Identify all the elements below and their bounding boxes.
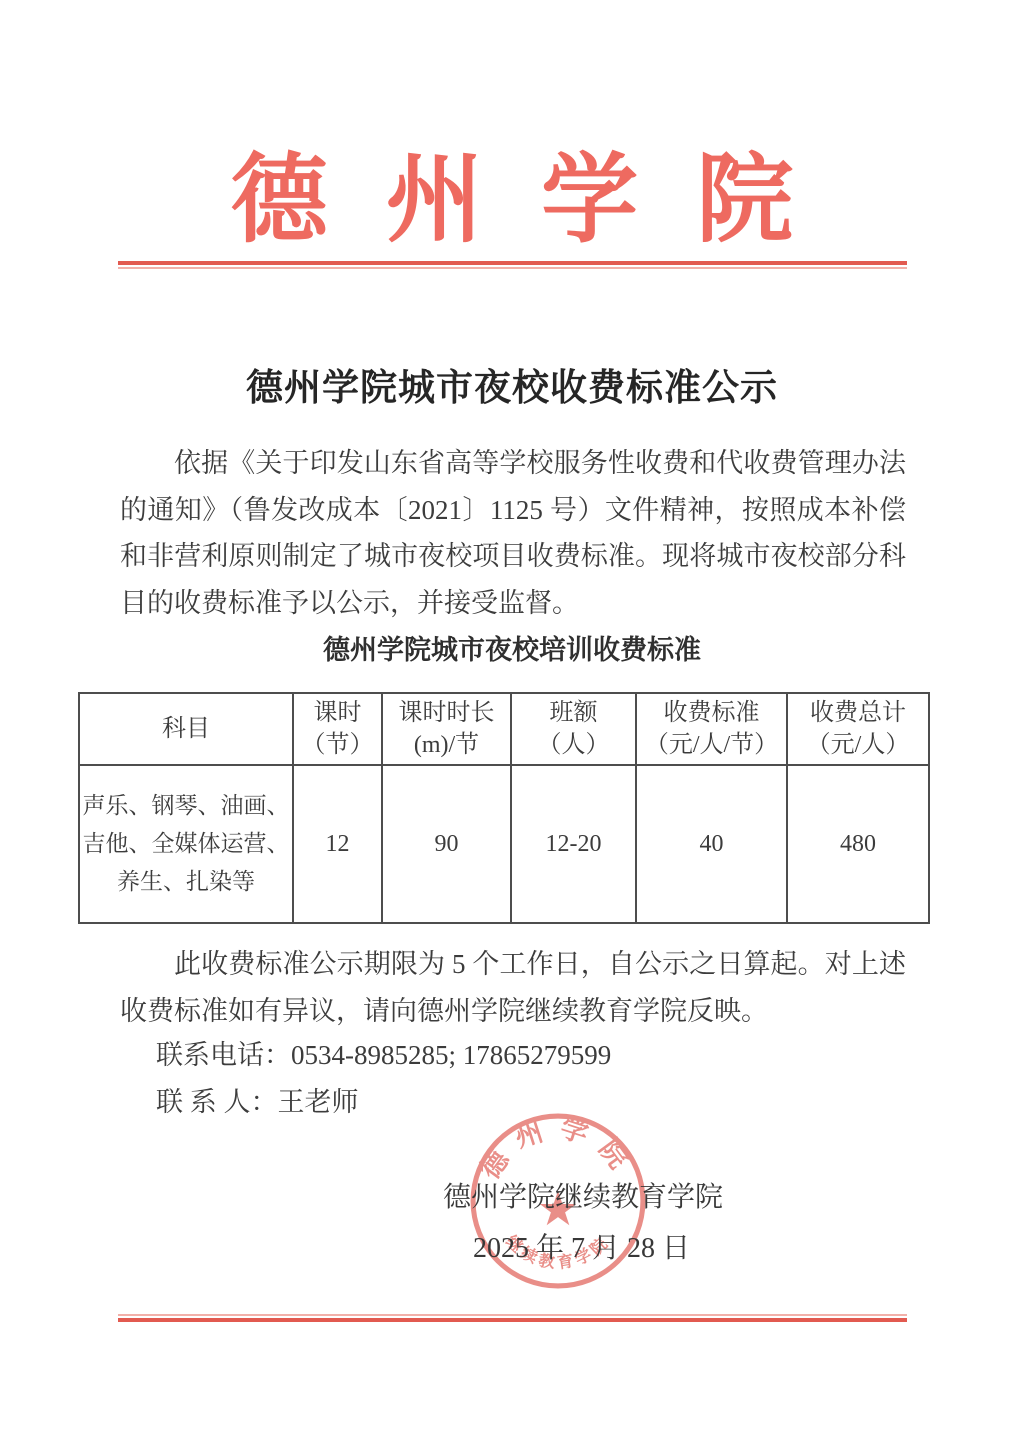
contact-phone-label: 联系电话：	[156, 1040, 291, 1070]
university-masthead: 德州学院	[0, 148, 1024, 255]
footer-rule	[118, 1314, 907, 1322]
col-header-minutes-per-class: 课时时长 (m)/节	[382, 693, 511, 765]
masthead-rule-thin-line	[118, 267, 907, 269]
signature-date: 2025 年 7 月 28 日	[473, 1226, 690, 1266]
document-title: 德州学院城市夜校收费标准公示	[0, 357, 1024, 411]
contact-person-name: 王老师	[278, 1087, 359, 1117]
col-header-class-hours: 课时 （节）	[293, 693, 382, 765]
contact-phone-line: 联系电话：0534-8985285; 17865279599	[156, 1033, 611, 1072]
opening-paragraph: 依据《关于印发山东省高等学校服务性收费和代收费管理办法的通知》（鲁发改成本〔20…	[120, 440, 906, 626]
col-header-fee-standard: 收费标准 （元/人/节）	[636, 693, 787, 765]
fee-table-header-row: 科目 课时 （节） 课时时长 (m)/节 班额 （人） 收费标准 （元/人/节）…	[79, 693, 929, 765]
minutes-per-class-cell: 90	[382, 765, 511, 923]
col-header-subject: 科目	[79, 693, 293, 765]
document-page: 德州学院 德州学院城市夜校收费标准公示 依据《关于印发山东省高等学校服务性收费和…	[0, 0, 1024, 1448]
contact-phone-numbers: 0534-8985285; 17865279599	[291, 1040, 611, 1070]
fee-table-caption: 德州学院城市夜校培训收费标准	[0, 628, 1024, 667]
seal-arc-top-text: 德州学院	[474, 1112, 641, 1184]
subject-cell: 声乐、钢琴、油画、 吉他、全媒体运营、 养生、扎染等	[79, 765, 293, 923]
fee-total-cell: 480	[787, 765, 929, 923]
contact-person-line: 联 系 人：王老师	[156, 1080, 359, 1119]
fee-standard-cell: 40	[636, 765, 787, 923]
signature-organization: 德州学院继续教育学院	[443, 1175, 723, 1215]
masthead-rule	[118, 261, 907, 269]
class-size-cell: 12-20	[511, 765, 636, 923]
col-header-fee-total: 收费总计 （元/人）	[787, 693, 929, 765]
fee-table-data-row: 声乐、钢琴、油画、 吉他、全媒体运营、 养生、扎染等 12 90 12-20 4…	[79, 765, 929, 923]
fee-table: 科目 课时 （节） 课时时长 (m)/节 班额 （人） 收费标准 （元/人/节）…	[78, 692, 930, 924]
contact-person-label: 联 系 人：	[156, 1087, 278, 1117]
col-header-class-size: 班额 （人）	[511, 693, 636, 765]
footer-rule-thick-line	[118, 1318, 907, 1322]
class-hours-cell: 12	[293, 765, 382, 923]
closing-paragraph: 此收费标准公示期限为 5 个工作日，自公示之日算起。对上述收费标准如有异议，请向…	[120, 941, 906, 1034]
